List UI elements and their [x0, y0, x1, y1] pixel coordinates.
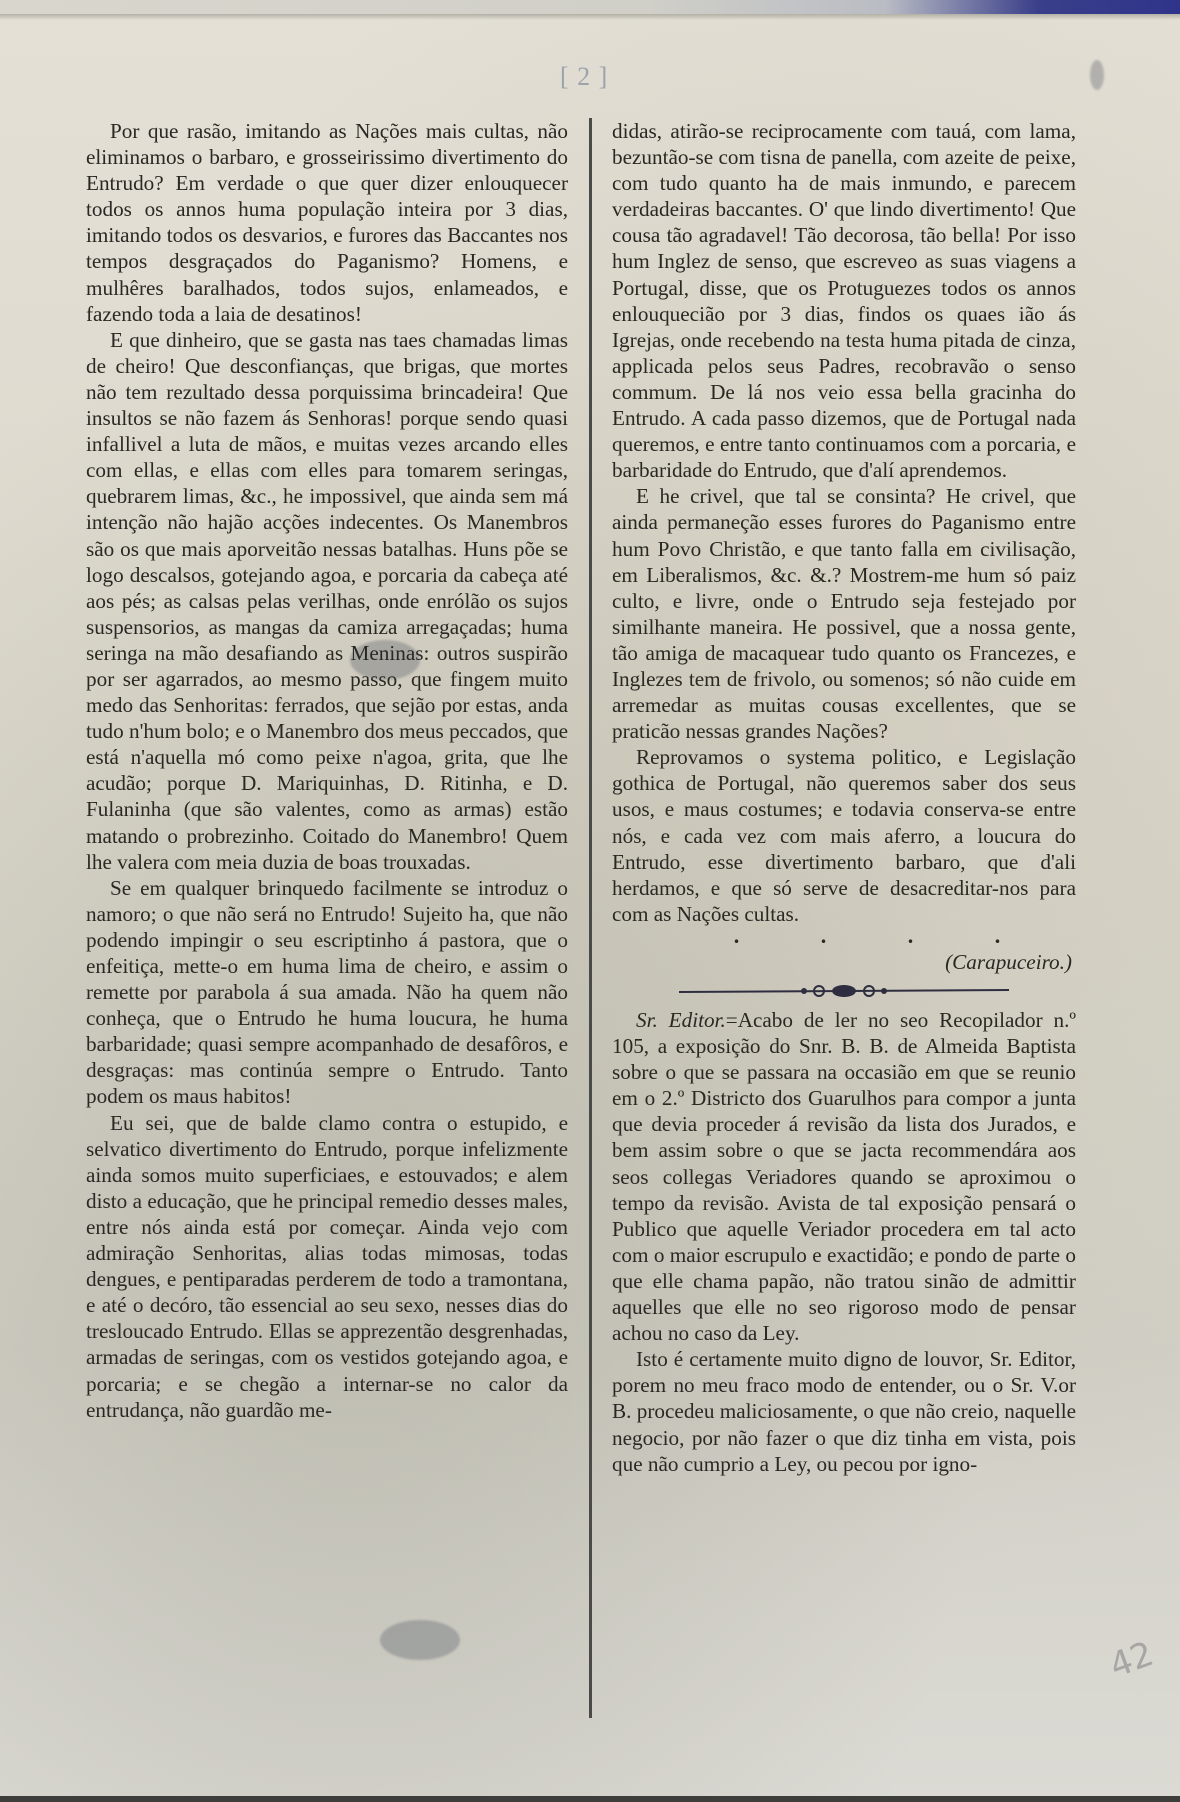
handwritten-margin-note: 42	[1104, 1634, 1158, 1686]
ornament-divider-icon	[679, 983, 1009, 999]
page-number: [ 2 ]	[560, 62, 608, 92]
page-bottom-edge	[0, 1796, 1180, 1802]
signature: (Carapuceiro.)	[612, 949, 1076, 975]
letter-body: =Acabo de ler no seo Recopilador n.º 105…	[612, 1008, 1076, 1345]
letter-salutation: Sr. Editor.	[636, 1008, 726, 1032]
paragraph: E he crivel, que tal se consinta? He cri…	[612, 483, 1076, 744]
page-top-edge	[0, 0, 1180, 14]
column-divider	[589, 118, 592, 1718]
paragraph: Se em qualquer brinquedo facilmente se i…	[86, 875, 568, 1110]
paragraph: Por que rasão, imitando as Nações mais c…	[86, 118, 568, 327]
paragraph: E que dinheiro, que se gasta nas taes ch…	[86, 327, 568, 875]
paragraph: Reprovamos o systema politico, e Legisla…	[612, 744, 1076, 927]
ink-stain	[380, 1620, 460, 1660]
ellipsis-dots: . . . .	[612, 927, 1076, 945]
right-column: didas, atirão-se reciprocamente com tauá…	[612, 118, 1076, 1477]
left-column: Por que rasão, imitando as Nações mais c…	[86, 118, 568, 1423]
paragraph-continuation: didas, atirão-se reciprocamente com tauá…	[612, 118, 1076, 483]
newspaper-page: [ 2 ] Por que rasão, imitando as Nações …	[0, 0, 1180, 1802]
page-top-shadow	[0, 14, 1180, 20]
letter-paragraph: Sr. Editor.=Acabo de ler no seo Recopila…	[612, 1007, 1076, 1346]
letter-paragraph: Isto é certamente muito digno de louvor,…	[612, 1346, 1076, 1476]
paragraph: Eu sei, que de balde clamo contra o estu…	[86, 1110, 568, 1423]
ink-stain	[1090, 60, 1104, 90]
